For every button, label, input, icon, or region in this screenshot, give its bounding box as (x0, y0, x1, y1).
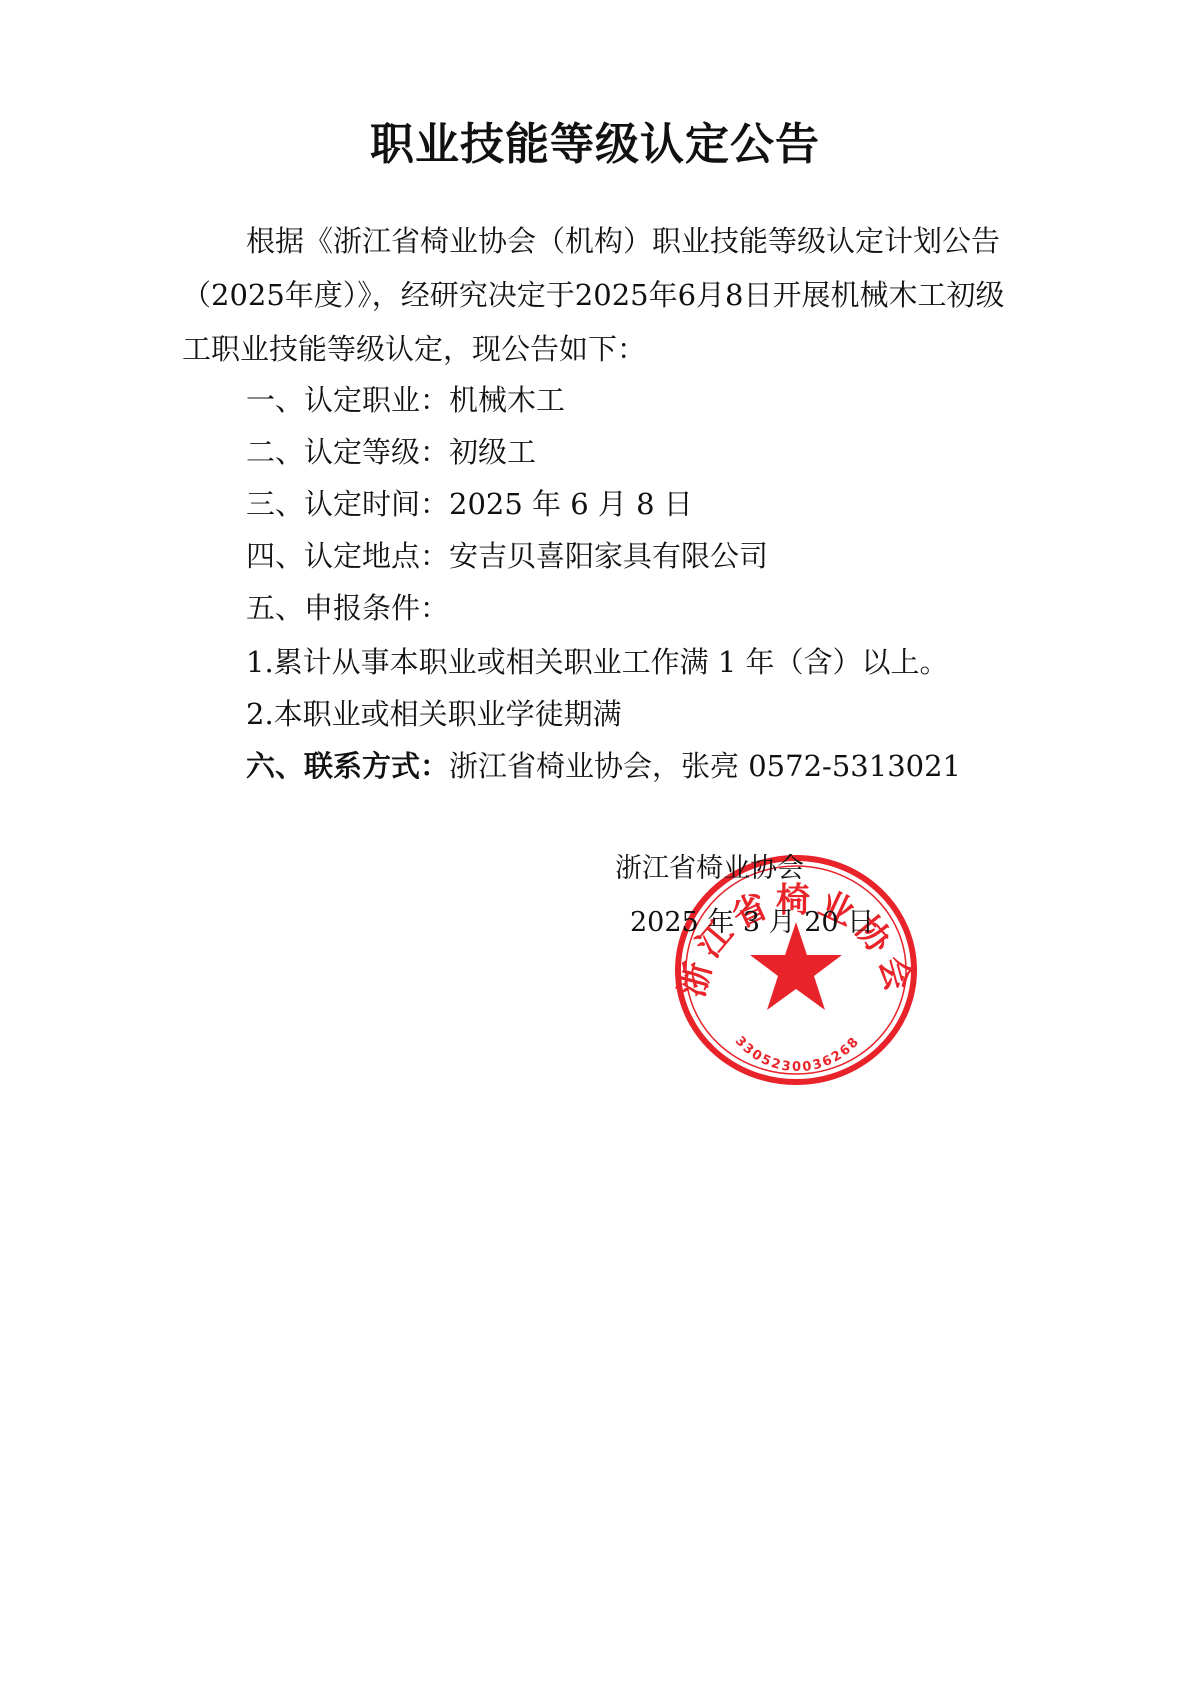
item-conditions: 五、申报条件： (246, 586, 449, 627)
item-location: 四、认定地点：安吉贝喜阳家具有限公司 (246, 534, 768, 575)
item-time: 三、认定时间：2025 年 6 月 8 日 (246, 482, 693, 523)
item-label: 五、申报条件： (246, 591, 449, 625)
item-occupation: 一、认定职业：机械木工 (246, 378, 565, 419)
item-value: 2025 年 6 月 8 日 (449, 487, 693, 521)
svg-text:3305230036268: 3305230036268 (732, 1034, 863, 1075)
item-value: 机械木工 (449, 383, 565, 417)
item-contact: 六、联系方式：浙江省椅业协会，张亮 0572-5313021 (246, 744, 961, 785)
condition-2: 2.本职业或相关职业学徒期满 (246, 692, 622, 733)
intro-paragraph: 根据《浙江省椅业协会（机构）职业技能等级认定计划公告（2025年度）》，经研究决… (182, 214, 1017, 376)
signature-org: 浙江省椅业协会 (615, 846, 804, 885)
official-seal: 浙江省椅业协会 3305230036268 (665, 850, 927, 1088)
item-label: 二、认定等级： (246, 435, 449, 469)
intro-text: 根据《浙江省椅业协会（机构）职业技能等级认定计划公告（2025年度）》，经研究决… (182, 214, 1017, 376)
item-label: 三、认定时间： (246, 487, 449, 521)
item-value: 初级工 (449, 435, 536, 469)
item-value: 安吉贝喜阳家具有限公司 (449, 539, 768, 573)
item-label: 一、认定职业： (246, 383, 449, 417)
condition-1: 1.累计从事本职业或相关职业工作满 1 年（含）以上。 (246, 640, 949, 681)
item-label: 四、认定地点： (246, 539, 449, 573)
item-value: 浙江省椅业协会，张亮 0572-5313021 (449, 749, 961, 783)
item-label: 六、联系方式： (246, 749, 449, 783)
item-level: 二、认定等级：初级工 (246, 430, 536, 471)
page-title: 职业技能等级认定公告 (0, 108, 1190, 172)
signature-date: 2025 年 3 月 20 日 (630, 900, 874, 939)
